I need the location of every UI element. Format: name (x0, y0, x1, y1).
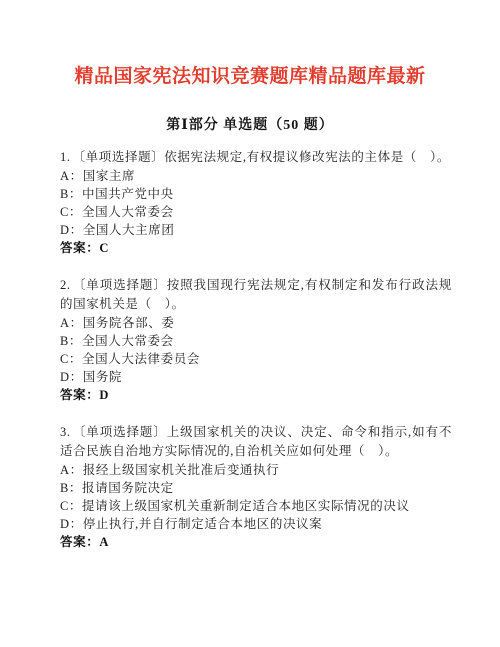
option-row-b: B：全国人大常委会 (60, 332, 452, 350)
question-type-label: 〔单项选择题〕 (73, 150, 165, 164)
question-stem: 3.〔单项选择题〕上级国家机关的决议、决定、命令和指示,如有不适合民族自治地方实… (60, 423, 452, 461)
question-type-label: 〔单项选择题〕 (73, 425, 167, 439)
option-row-c: C：全国人大常委会 (60, 203, 452, 221)
question-text: 依据宪法规定,有权提议修改宪法的主体是（ ）。 (164, 150, 450, 164)
question-stem: 1.〔单项选择题〕依据宪法规定,有权提议修改宪法的主体是（ ）。 (60, 148, 452, 167)
option-row-a: A：国务院各部、委 (60, 314, 452, 332)
option-row-a: A：报经上级国家机关批准后变通执行 (60, 461, 452, 479)
answer-label: 答案： (60, 535, 99, 549)
question-number: 3. (60, 425, 71, 439)
option-row-d: D：国务院 (60, 368, 452, 386)
answer-row: 答案：C (60, 239, 452, 257)
answer-label: 答案： (60, 241, 99, 255)
question-list: 1.〔单项选择题〕依据宪法规定,有权提议修改宪法的主体是（ ）。 A：国家主席 … (60, 148, 452, 551)
section-heading: 第Ⅰ部分 单选题（50 题） (0, 116, 500, 135)
page-title: 精品国家宪法知识竞赛题库精品题库最新 (20, 64, 480, 90)
option-row-c: C：提请该上级国家机关重新制定适合本地区实际情况的决议 (60, 497, 452, 515)
option-row-c: C：全国人大法律委员会 (60, 350, 452, 368)
question-stem: 2.〔单项选择题〕按照我国现行宪法规定,有权制定和发布行政法规的国家机关是（ ）… (60, 276, 452, 314)
option-row-a: A：国家主席 (60, 167, 452, 185)
answer-label: 答案： (60, 388, 99, 402)
question-block-2: 2.〔单项选择题〕按照我国现行宪法规定,有权制定和发布行政法规的国家机关是（ ）… (60, 276, 452, 404)
question-block-3: 3.〔单项选择题〕上级国家机关的决议、决定、命令和指示,如有不适合民族自治地方实… (60, 423, 452, 551)
question-number: 1. (60, 150, 71, 164)
option-row-d: D：停止执行,并自行制定适合本地区的决议案 (60, 515, 452, 533)
answer-value: D (99, 388, 109, 402)
answer-value: C (99, 241, 109, 255)
option-row-d: D：全国人大主席团 (60, 221, 452, 239)
document-page: 精品国家宪法知识竞赛题库精品题库最新 第Ⅰ部分 单选题（50 题） 1.〔单项选… (0, 0, 500, 647)
answer-row: 答案：D (60, 386, 452, 404)
answer-value: A (99, 535, 109, 549)
question-number: 2. (60, 278, 71, 292)
option-row-b: B：中国共产党中央 (60, 185, 452, 203)
question-block-1: 1.〔单项选择题〕依据宪法规定,有权提议修改宪法的主体是（ ）。 A：国家主席 … (60, 148, 452, 257)
answer-row: 答案：A (60, 533, 452, 551)
option-row-b: B：报请国务院决定 (60, 479, 452, 497)
question-type-label: 〔单项选择题〕 (73, 278, 167, 292)
